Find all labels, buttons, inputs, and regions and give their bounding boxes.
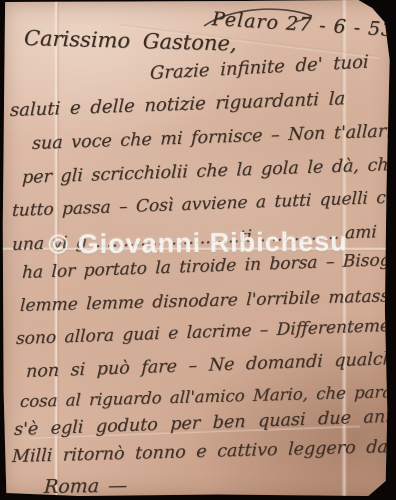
handwritten-line: saluti e delle notizie riguardanti la (10, 88, 346, 121)
handwritten-line: per gli scricchiolii che la gola le dà, … (22, 155, 396, 188)
handwritten-line: cosa al riguardo all'amico Mario, che pa… (20, 381, 396, 411)
photographer-watermark: © Giovanni Ribichesu (0, 226, 396, 261)
handwritten-line: sono allora guai e lacrime – Differentem… (16, 315, 396, 349)
handwritten-line: Roma — (43, 475, 127, 498)
letter-photo: Pelaro 27 - 6 - 53 Carissimo Gastone, Gr… (0, 0, 396, 500)
handwritten-line: sua voce che mi fornisce – Non t'allarmi (32, 121, 396, 154)
handwritten-line: lemme lemme disnodare l'orribile matassa… (20, 285, 396, 316)
handwritten-line: non si può fare – Ne domandi qualche (26, 349, 396, 382)
handwritten-line: Milli ritornò tonno e cattivo leggero da (12, 437, 389, 467)
handwritten-line: tutto passa – Così avviene a tutti quell… (12, 187, 396, 221)
handwritten-line: s'è egli goduto per ben quasi due anni (14, 406, 396, 440)
handwritten-line: Grazie infinite de' tuoi (150, 52, 369, 85)
